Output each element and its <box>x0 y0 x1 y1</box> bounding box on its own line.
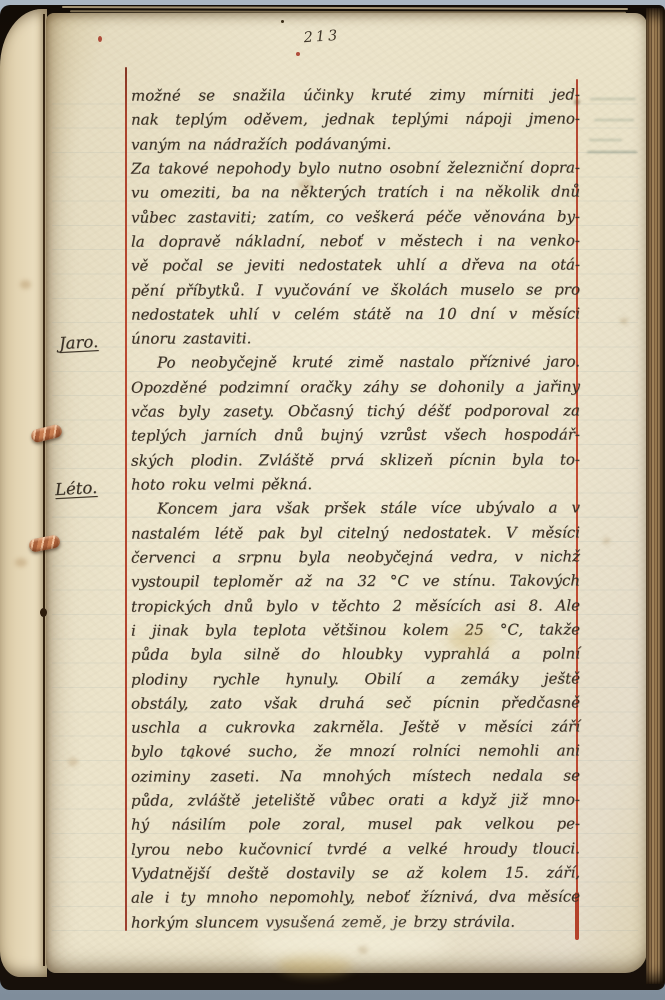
text-line: vaným na nádražích podávanými. <box>131 131 580 156</box>
ink-bleed-through <box>589 139 622 141</box>
text-line: vě počal se jeviti nedostatek uhlí a dře… <box>131 253 580 278</box>
text-line: půda, zvláště jeteliště vůbec orati a kd… <box>131 787 580 812</box>
text-line: ských plodin. Zvláště prvá sklizeň pícni… <box>131 447 580 472</box>
text-line: uschla a cukrovka zakrněla. Ještě v měsí… <box>131 715 580 740</box>
text-line: plodiny rychle hynuly. Obilí a zemáky je… <box>131 666 580 691</box>
text-line: Koncem jara však pršek stále více ubýval… <box>131 496 580 521</box>
text-line: možné se snažila účinky kruté zimy mírni… <box>131 82 580 107</box>
text-line: Vydatnější deště dostavily se až kolem 1… <box>131 860 580 885</box>
text-line: obstály, zato však druhá seč pícnin před… <box>131 690 580 715</box>
text-line: vu omeziti, ba na některých tratích i na… <box>131 180 580 205</box>
red-ink-dot <box>98 36 102 42</box>
margin-rule-left <box>125 67 127 931</box>
text-line: Po neobyčejně kruté zimě nastalo přízniv… <box>131 350 580 375</box>
text-line: vůbec zastaviti; zatím, co veškerá péče … <box>131 204 580 229</box>
red-ink-dot <box>296 52 300 56</box>
book-gutter <box>43 14 45 966</box>
text-line: pění příbytků. I vyučování ve školách mu… <box>131 277 580 302</box>
text-line: la dopravě nákladní, neboť v městech i n… <box>131 228 580 253</box>
text-line: ale i ty mnoho nepomohly, neboť žíznivá,… <box>131 885 580 910</box>
text-line: oziminy zaseti. Na mnohých místech nedal… <box>131 763 580 788</box>
handwritten-text: možné se snažila účinky kruté zimy mírni… <box>131 83 580 939</box>
chronicle-page-photo: 213 Jaro. Léto. možné se snažila účinky … <box>0 0 665 1000</box>
text-line: nastalém létě pak byl citelný nedostatek… <box>131 520 580 545</box>
text-line: Za takové nepohody bylo nutno osobní žel… <box>131 155 580 180</box>
text-line: nak teplým oděvem, jednak teplými nápoji… <box>131 107 580 132</box>
binding-knot <box>40 608 47 617</box>
text-line: Opozděné podzimní oračky záhy se dohonil… <box>131 374 580 399</box>
ink-bleed-through <box>590 98 636 100</box>
text-line: i jinak byla teplota většinou kolem 25 °… <box>131 617 580 642</box>
margin-note-jaro: Jaro. <box>59 332 99 353</box>
text-line: vystoupil teploměr až na 32 °C ve stínu.… <box>131 569 580 594</box>
text-line: nedostatek uhlí v celém státě na 10 dní … <box>131 301 580 326</box>
facing-page <box>0 9 47 977</box>
fore-edge-page-block <box>646 8 665 984</box>
text-line: únoru zastaviti. <box>131 326 580 351</box>
margin-note-leto: Léto. <box>55 478 98 499</box>
text-line: tropických dnů bylo v těchto 2 měsících … <box>131 593 580 618</box>
text-line: horkým sluncem vysušená země, je brzy st… <box>131 909 580 934</box>
text-line: lyrou nebo kučovnicí tvrdé a velké hroud… <box>131 836 580 861</box>
text-line: včas byly zasety. Občasný tichý déšť pod… <box>131 398 580 423</box>
text-line: půda byla silně do hloubky vyprahlá a po… <box>131 642 580 667</box>
text-line: bylo takové sucho, že mnozí rolníci nemo… <box>131 739 580 764</box>
text-line: hý násilím pole zoral, musel pak velkou … <box>131 812 580 837</box>
text-line: červenci a srpnu byla neobyčejná vedra, … <box>131 544 580 569</box>
text-line: hoto roku velmi pěkná. <box>131 471 580 496</box>
text-line: teplých jarních dnů bujný vzrůst všech h… <box>131 423 580 448</box>
ink-bleed-through <box>594 119 634 121</box>
ink-bleed-through <box>587 151 637 153</box>
